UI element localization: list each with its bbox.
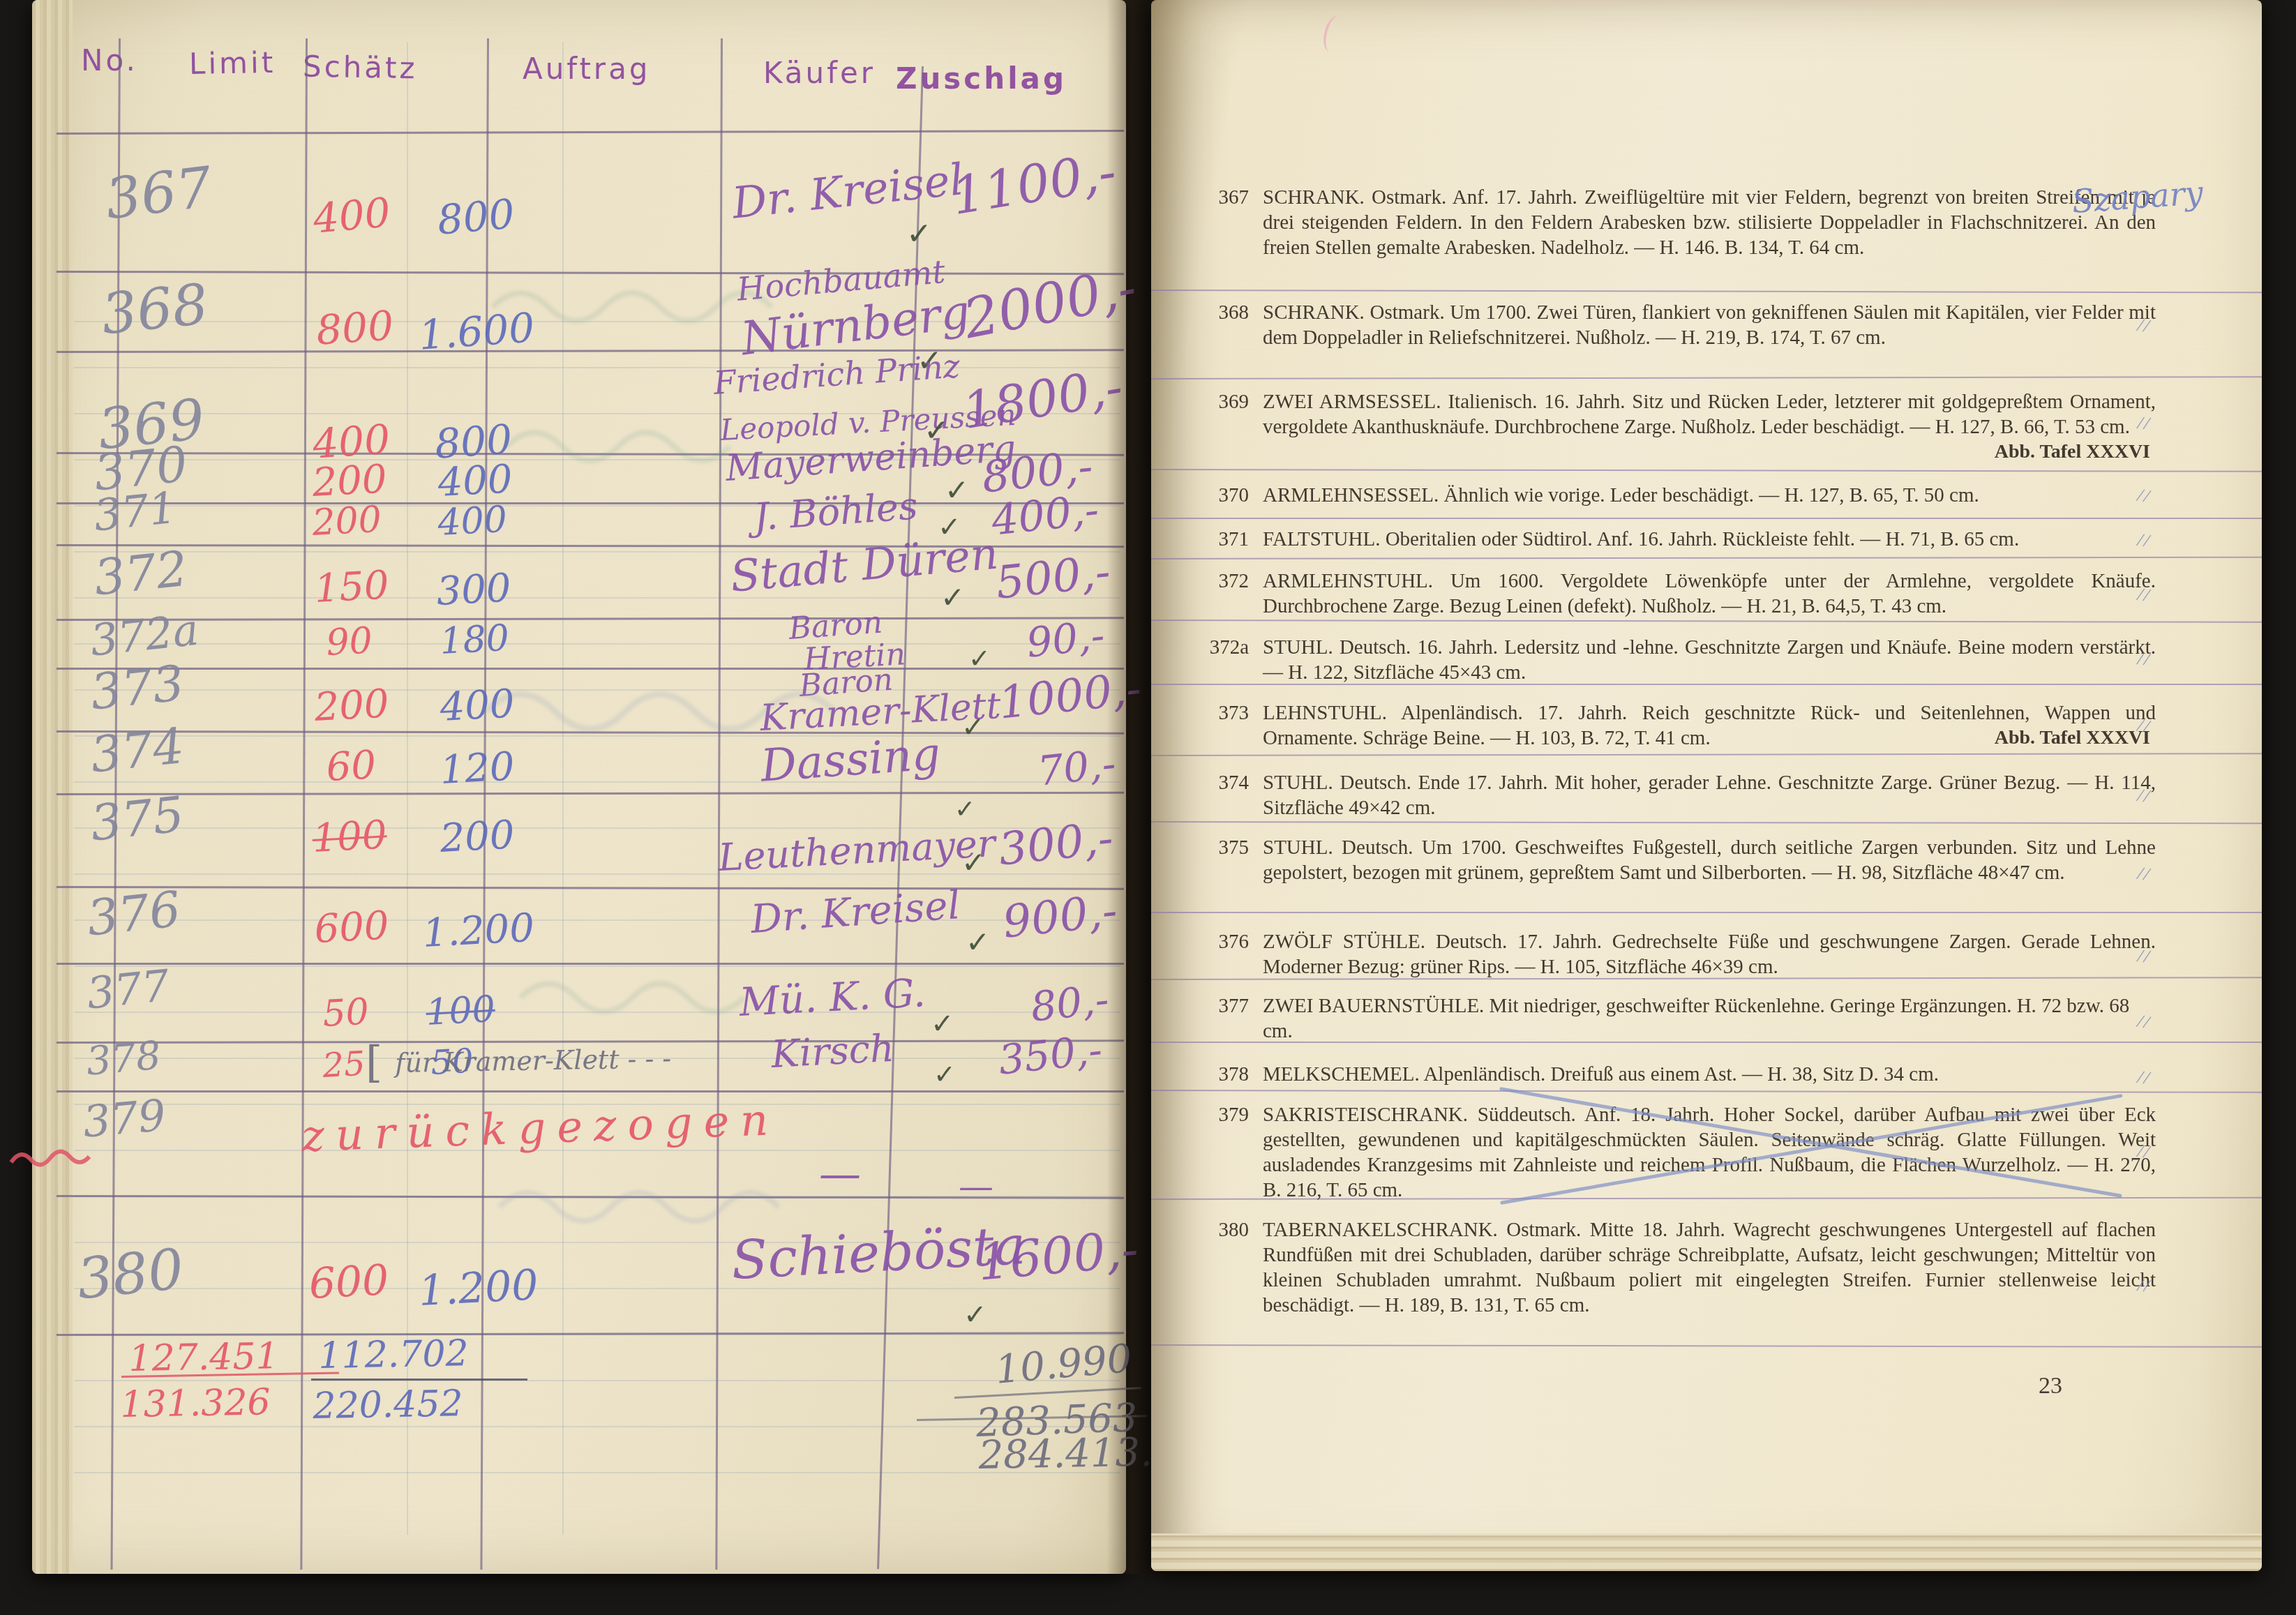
table-row-line	[57, 130, 1124, 135]
page-number: 23	[2039, 1373, 2062, 1399]
checkmark-icon: ✓	[906, 216, 932, 252]
ledger-row-380-limit: 600	[308, 1256, 390, 1309]
catalog-entry-number: 379	[1187, 1102, 1249, 1127]
ledger-row-367-zuschlag: 1100,-	[947, 142, 1120, 227]
catalog-entry-number: 371	[1187, 527, 1249, 552]
catalog-entry-number: 375	[1187, 835, 1249, 860]
ledger-row-378-auftrag-bracket: [	[366, 1037, 382, 1088]
catalog-entry-number: 376	[1187, 929, 1249, 954]
preprinted-guide-line	[407, 42, 408, 1535]
entry-divider-line	[1151, 619, 2262, 623]
entry-divider-line	[1151, 912, 2262, 913]
ledger-row-373-limit: 200	[313, 681, 390, 730]
catalog-entry-text: SCHRANK. Ostmark. Anf. 17. Jahrh. Zweifl…	[1263, 185, 2156, 260]
ledger-row-380-no: 380	[74, 1236, 187, 1312]
catalog-entry-text: ZWÖLF STÜHLE. Deutsch. 17. Jahrh. Gedrec…	[1263, 929, 2156, 979]
entry-divider-line	[1151, 821, 2262, 824]
catalog-entry-number: 367	[1187, 185, 1249, 210]
catalog-page: 367 SCHRANK. Ostmark. Anf. 17. Jahrh. Zw…	[1151, 0, 2262, 1571]
page-stack-edge	[32, 0, 73, 1574]
catalog-entry-number: 378	[1187, 1062, 1249, 1087]
catalog-entry-plate-reference: Abb. Tafel XXXVI	[1995, 441, 2150, 463]
catalog-entry-number: 369	[1187, 389, 1249, 414]
catalog-entry-370: 370 ARMLEHNSESSEL. Ähnlich wie vorige. L…	[1151, 483, 2163, 508]
catalog-entry-text: STUHL. Deutsch. Um 1700. Geschweiftes Fu…	[1263, 835, 2156, 885]
catalog-entry-text: STUHL. Deutsch. Ende 17. Jahrh. Mit hohe…	[1263, 770, 2156, 820]
catalog-entry-text: SCHRANK. Ostmark. Um 1700. Zwei Türen, f…	[1263, 300, 2156, 350]
ledger-row-367-limit: 400	[311, 188, 392, 242]
entry-divider-line	[1151, 557, 2262, 559]
catalog-entry-number: 374	[1187, 770, 1249, 795]
entry-divider-line	[1151, 376, 2262, 380]
ledger-row-367-schaetz: 800	[435, 190, 516, 243]
catalog-entry-372: 372 ARMLEHNSTUHL. Um 1600. Vergoldete Lö…	[1151, 569, 2163, 619]
catalog-entry-number: 370	[1187, 483, 1249, 508]
ledger-row-372-no: 372	[91, 540, 190, 607]
catalog-entry-373: 373 LEHNSTUHL. Alpenländisch. 17. Jahrh.…	[1151, 700, 2163, 751]
ditto-mark: //	[2136, 1275, 2151, 1297]
catalog-entry-371: 371 FALTSTUHL. Oberitalien oder Südtirol…	[1151, 527, 2163, 552]
catalog-entry-text: TABERNAKELSCHRANK. Ostmark. Mitte 18. Ja…	[1263, 1217, 2156, 1318]
ledger-row-375-no: 375	[88, 786, 186, 852]
column-header-schaetz: Schätz	[303, 50, 418, 86]
ledger-row-368-limit: 800	[315, 301, 395, 354]
entry-divider-line	[1151, 1090, 2262, 1093]
ledger-row-372-limit: 150	[313, 562, 390, 612]
ledger-row-371-no: 371	[91, 482, 179, 541]
catalog-entry-number: 372a	[1187, 635, 1249, 660]
column-header-auftrag: Auftrag	[523, 52, 651, 86]
red-squiggle-mark	[6, 1136, 124, 1178]
ditto-mark: //	[2136, 529, 2152, 552]
catalog-entry-376: 376 ZWÖLF STÜHLE. Deutsch. 17. Jahrh. Ge…	[1151, 929, 2163, 979]
ledger-row-373-no: 373	[88, 654, 186, 721]
ditto-mark: //	[2136, 945, 2151, 968]
margin-consignor-note: Szapary	[2071, 174, 2204, 220]
bleed-through-ghost-writing	[479, 265, 1009, 1312]
ledger-row-378-limit: 25	[322, 1044, 366, 1086]
ledger-row-371-limit: 200	[311, 499, 382, 544]
catalog-entry-367: 367 SCHRANK. Ostmark. Anf. 17. Jahrh. Zw…	[1151, 185, 2163, 260]
catalog-entry-text: STUHL. Deutsch. 16. Jahrh. Ledersitz und…	[1263, 635, 2156, 685]
catalog-entry-number: 380	[1187, 1217, 1249, 1242]
ledger-row-377-limit: 50	[322, 991, 370, 1035]
entry-divider-line	[1151, 469, 2262, 472]
ledger-row-374-zuschlag: 70,-	[1035, 739, 1118, 795]
ditto-mark: //	[2136, 1067, 2152, 1089]
catalog-entry-377: 377 ZWEI BAUERNSTÜHLE. Mit niedriger, ge…	[1151, 993, 2163, 1044]
totals-limit-sum2: 131.326	[120, 1381, 271, 1426]
catalog-entry-369: 369 ZWEI ARMSESSEL. Italienisch. 16. Jah…	[1151, 389, 2163, 440]
ledger-row-378-no: 378	[84, 1033, 163, 1085]
ledger-book-photo: { "ledger": { "headers": {"no":"No.","li…	[0, 0, 2296, 1615]
ledger-row-374-limit: 60	[325, 742, 377, 790]
entry-divider-line	[1151, 290, 2262, 293]
catalog-entry-text: ARMLEHNSESSEL. Ähnlich wie vorige. Leder…	[1263, 483, 2156, 508]
totals-underline	[311, 1379, 527, 1381]
page-stack-edge	[1151, 1533, 2262, 1571]
catalog-entry-375: 375 STUHL. Deutsch. Um 1700. Geschweifte…	[1151, 835, 2163, 885]
catalog-entry-text: MELKSCHEMEL. Alpenländisch. Dreifuß aus …	[1263, 1062, 2156, 1087]
ledger-row-374-no: 374	[88, 717, 186, 784]
ditto-mark: //	[2136, 785, 2152, 807]
column-header-no: No.	[81, 43, 138, 77]
catalog-entry-380: 380 TABERNAKELSCHRANK. Ostmark. Mitte 18…	[1151, 1217, 2163, 1318]
ledger-row-367-no: 367	[102, 154, 216, 232]
catalog-entry-372a: 372a STUHL. Deutsch. 16. Jahrh. Ledersit…	[1151, 635, 2163, 685]
catalog-entry-text: ARMLEHNSTUHL. Um 1600. Vergoldete Löwenk…	[1263, 569, 2156, 619]
column-header-kaeufer: Käufer	[763, 56, 876, 90]
entry-divider-line	[1151, 1344, 2262, 1348]
catalog-entry-number: 368	[1187, 300, 1249, 325]
catalog-entry-number: 377	[1187, 993, 1249, 1019]
catalog-entry-text: FALTSTUHL. Oberitalien oder Südtirol. An…	[1263, 527, 2156, 552]
catalog-entry-number: 373	[1187, 700, 1249, 726]
ledger-row-375-limit: 100	[311, 812, 388, 862]
ditto-mark: //	[2136, 648, 2151, 670]
entry-divider-line	[1151, 753, 2262, 756]
ledger-row-372a-limit: 90	[325, 620, 373, 664]
totals-schaetz-sum1: 112.702	[318, 1332, 469, 1377]
column-header-limit: Limit	[189, 45, 276, 81]
catalog-entry-378: 378 MELKSCHEMEL. Alpenländisch. Dreifuß …	[1151, 1062, 2163, 1087]
catalog-entry-374: 374 STUHL. Deutsch. Ende 17. Jahrh. Mit …	[1151, 770, 2163, 820]
catalog-entry-text: ZWEI BAUERNSTÜHLE. Mit niedriger, geschw…	[1263, 993, 2156, 1044]
ditto-mark: //	[2136, 412, 2151, 435]
catalog-entry-text: ZWEI ARMSESSEL. Italienisch. 16. Jahrh. …	[1263, 389, 2156, 440]
ledger-row-377-no: 377	[84, 960, 172, 1019]
ledger-row-368-no: 368	[98, 271, 211, 347]
totals-schaetz-sum2: 220.452	[313, 1383, 463, 1427]
ledger-row-372a-zuschlag: 90,-	[1024, 611, 1106, 666]
ledger-row-377-zuschlag: 80,-	[1028, 975, 1111, 1030]
entry-divider-line	[1151, 518, 2262, 519]
catalog-entry-text: SAKRISTEISCHRANK. Süddeutsch. Anf. 18. J…	[1263, 1102, 2156, 1203]
ledger-row-376-limit: 600	[313, 903, 390, 952]
pink-pen-mark	[1320, 13, 1349, 55]
ledger-row-376-no: 376	[84, 880, 183, 947]
ledger-page: No. Limit Schätz Auftrag Käufer Zuschlag…	[32, 0, 1126, 1574]
catalog-entry-368: 368 SCHRANK. Ostmark. Um 1700. Zwei Türe…	[1151, 300, 2163, 350]
catalog-entry-number: 372	[1187, 569, 1249, 594]
catalog-entry-plate-reference: Abb. Tafel XXXVI	[1995, 727, 2150, 749]
